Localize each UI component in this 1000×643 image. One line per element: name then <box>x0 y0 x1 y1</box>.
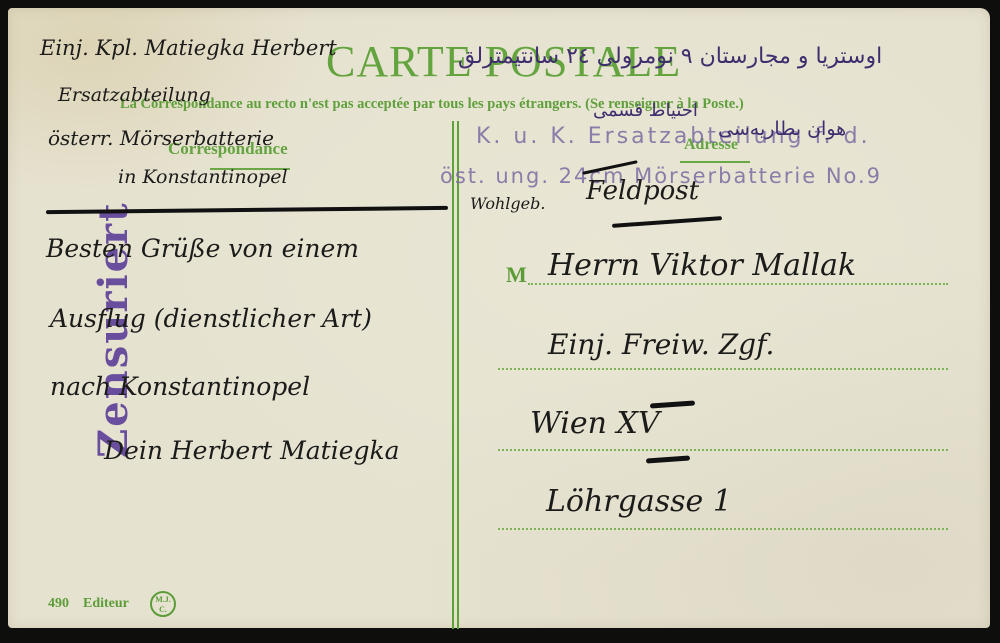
card-footer: 490 Editeur <box>48 596 129 612</box>
sender-line-3: österr. Mörserbatterie <box>48 126 274 150</box>
address-underline <box>680 161 750 163</box>
address-line-2-text: Einj. Freiw. Zgf. <box>548 328 774 361</box>
card-number: 490 <box>48 596 69 611</box>
district-underline <box>646 455 690 463</box>
sender-line-4: in Konstantinopel <box>118 166 288 188</box>
address-salutation: Wohlgeb. <box>470 194 545 213</box>
publisher-label: Editeur <box>83 596 129 611</box>
address-recipient: Herrn Viktor Mallak <box>548 248 856 283</box>
address-line-4 <box>498 528 948 530</box>
sender-line-1: Einj. Kpl. Matiegka Herbert <box>40 36 337 60</box>
address-city: Wien XV <box>530 406 660 441</box>
message-line-1: Besten Grüße von einem <box>46 234 359 263</box>
ottoman-text-line-1: اوستريا و مجارستان ٩ نومرولى ٢٤ سانتيمتر… <box>458 44 882 69</box>
ottoman-text-line-3: هوان بطاريه‌سى <box>718 118 846 140</box>
address-street: Löhrgasse 1 <box>546 484 732 519</box>
monogram-bottom: C. <box>152 605 174 615</box>
message-line-3: nach Konstantinopel <box>50 372 310 401</box>
address-prefix-m: M <box>506 262 527 288</box>
ottoman-text-line-2: احتياط قسمى <box>593 100 698 121</box>
feldpost-marking: Feldpost <box>586 176 699 206</box>
monogram-top: M.J. <box>152 595 174 605</box>
message-signature: Dein Herbert Matiegka <box>104 436 400 465</box>
center-divider <box>452 121 454 629</box>
sender-line-2: Ersatzabteilung <box>58 84 211 106</box>
district-overline <box>650 400 695 408</box>
address-line-3 <box>498 449 948 451</box>
publisher-monogram-icon: M.J. C. <box>150 591 176 617</box>
feldpost-underline <box>612 216 722 228</box>
address-line-2 <box>498 368 948 370</box>
postcard-back: CARTE POSTALE La Correspondance au recto… <box>8 8 990 628</box>
message-line-2: Ausflug (dienstlicher Art) <box>50 304 372 333</box>
address-line-1 <box>528 283 948 285</box>
